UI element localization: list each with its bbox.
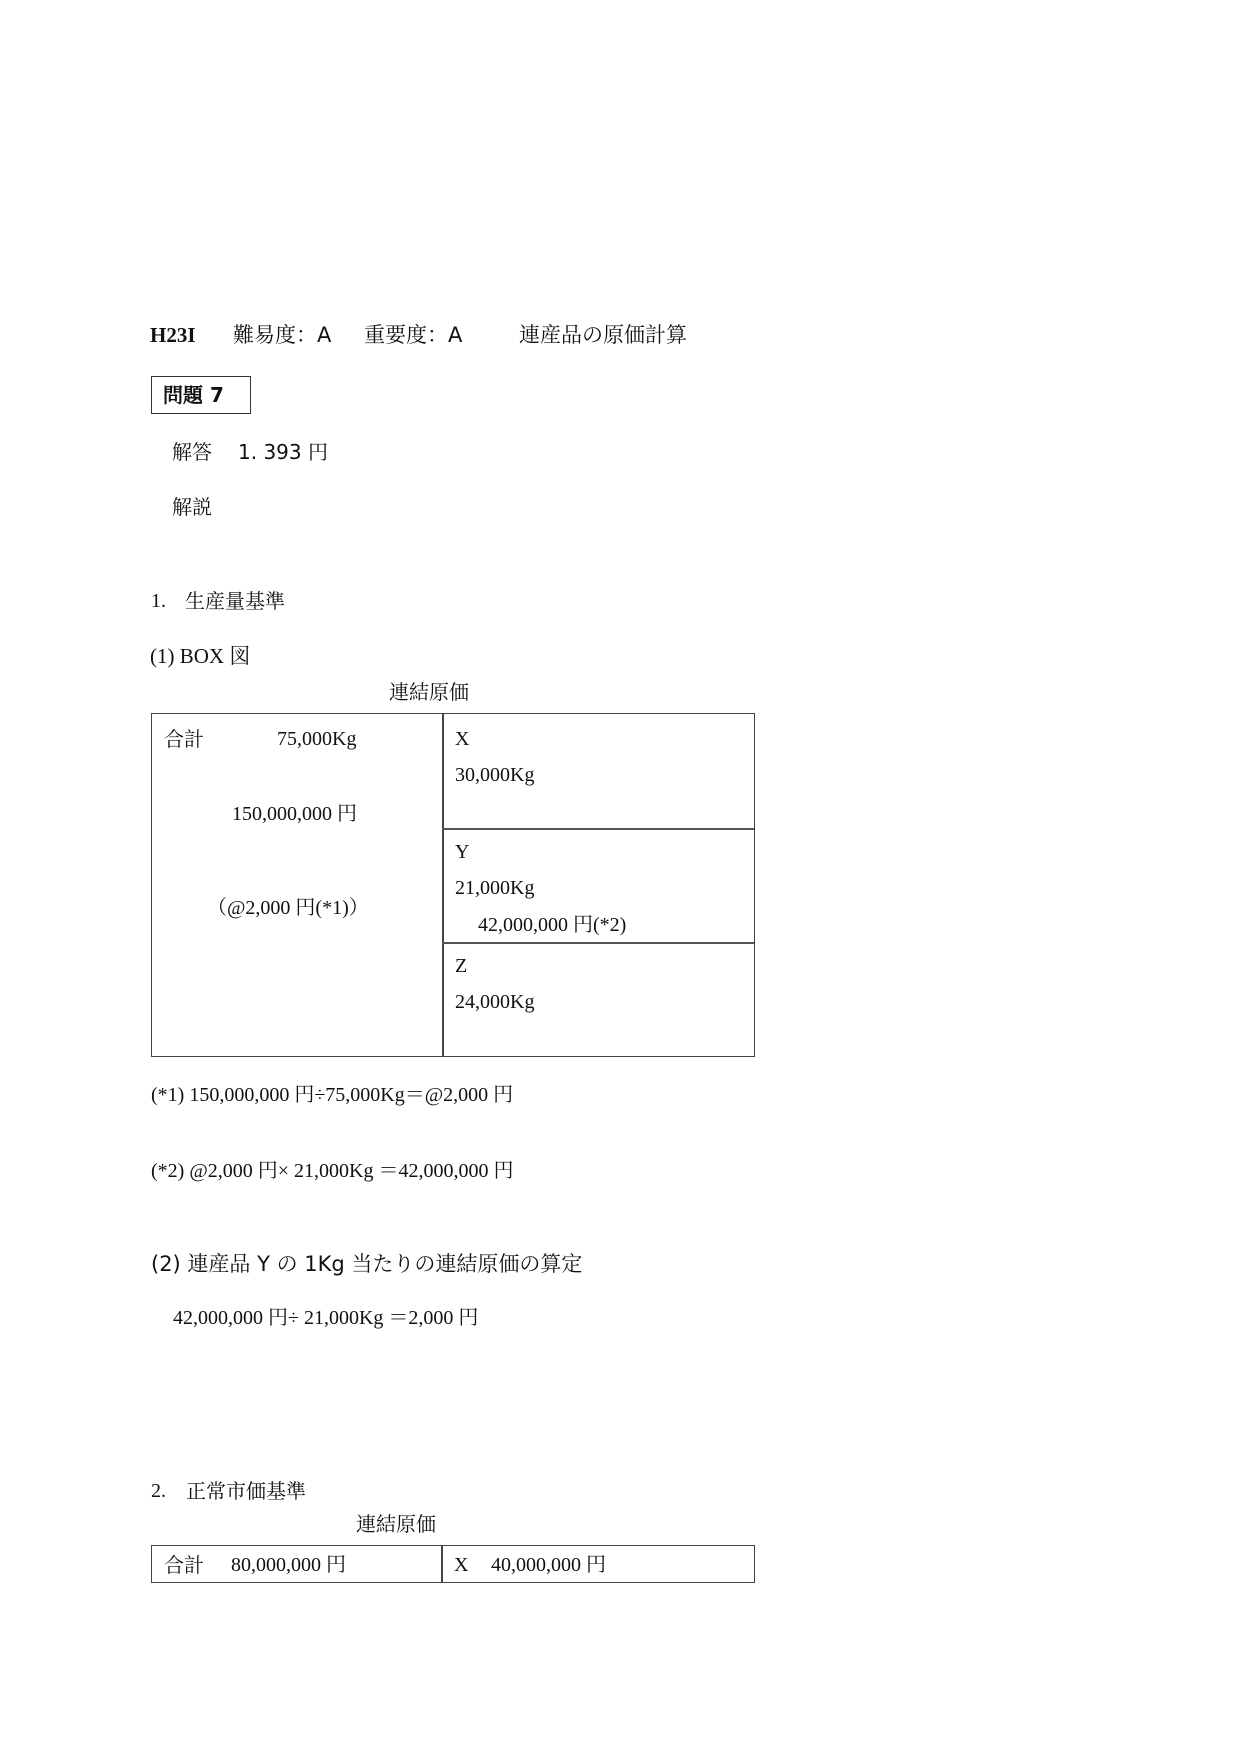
- box-divider-xy: [442, 828, 754, 830]
- box-diagram: 合計 75,000Kg 150,000,000 円 （@2,000 円(*1)）…: [151, 713, 755, 1057]
- product-x-qty: 30,000Kg: [455, 763, 534, 787]
- box2-total-label: 合計: [164, 1553, 204, 1577]
- per-kg-heading: (2) 連産品 Y の 1Kg 当たりの連結原価の算定: [151, 1251, 582, 1277]
- document-header: H23I: [150, 322, 196, 348]
- per-kg-calculation: 42,000,000 円÷ 21,000Kg ＝2,000 円: [173, 1306, 478, 1330]
- total-quantity: 75,000Kg: [277, 727, 356, 751]
- product-x-name: X: [455, 727, 469, 751]
- answer-label: 解答: [172, 440, 212, 464]
- total-cost: 150,000,000 円: [232, 802, 357, 826]
- note-1: (*1) 150,000,000 円÷75,000Kg＝@2,000 円: [151, 1083, 513, 1107]
- problem-number: 問題 7: [163, 383, 224, 407]
- note-2: (*2) @2,000 円× 21,000Kg ＝42,000,000 円: [151, 1159, 513, 1183]
- product-z-qty: 24,000Kg: [455, 990, 534, 1014]
- topic-title: 連産品の原価計算: [519, 322, 687, 348]
- box2-title: 連結原価: [356, 1512, 436, 1536]
- explanation-label: 解説: [172, 495, 212, 519]
- problem-code: H23I: [150, 323, 196, 347]
- box-diagram-heading: (1) BOX 図: [150, 643, 250, 669]
- section1-number: 1.: [151, 589, 166, 613]
- box2-product-x-cost: 40,000,000 円: [491, 1553, 606, 1577]
- importance-label: 重要度：A: [364, 322, 462, 348]
- problem-number-box: 問題 7: [151, 376, 251, 414]
- section2-heading: 正常市価基準: [186, 1479, 306, 1503]
- box2-divider-vertical: [441, 1546, 443, 1582]
- box1-title: 連結原価: [389, 680, 469, 704]
- box-divider-vertical: [442, 714, 444, 1056]
- total-label: 合計: [164, 727, 204, 751]
- box2-product-x-name: X: [454, 1553, 468, 1577]
- box2-total-cost: 80,000,000 円: [231, 1553, 346, 1577]
- answer-value: 1. 393 円: [238, 440, 328, 464]
- section1-heading: 生産量基準: [185, 589, 285, 613]
- unit-cost: （@2,000 円(*1)）: [207, 896, 369, 920]
- product-y-name: Y: [455, 840, 469, 864]
- section2-number: 2.: [151, 1479, 166, 1503]
- product-z-name: Z: [455, 954, 467, 978]
- product-y-cost: 42,000,000 円(*2): [478, 913, 626, 937]
- difficulty-label: 難易度：A: [233, 322, 331, 348]
- product-y-qty: 21,000Kg: [455, 876, 534, 900]
- market-value-box: 合計 80,000,000 円 X 40,000,000 円: [151, 1545, 755, 1583]
- box-divider-yz: [442, 942, 754, 944]
